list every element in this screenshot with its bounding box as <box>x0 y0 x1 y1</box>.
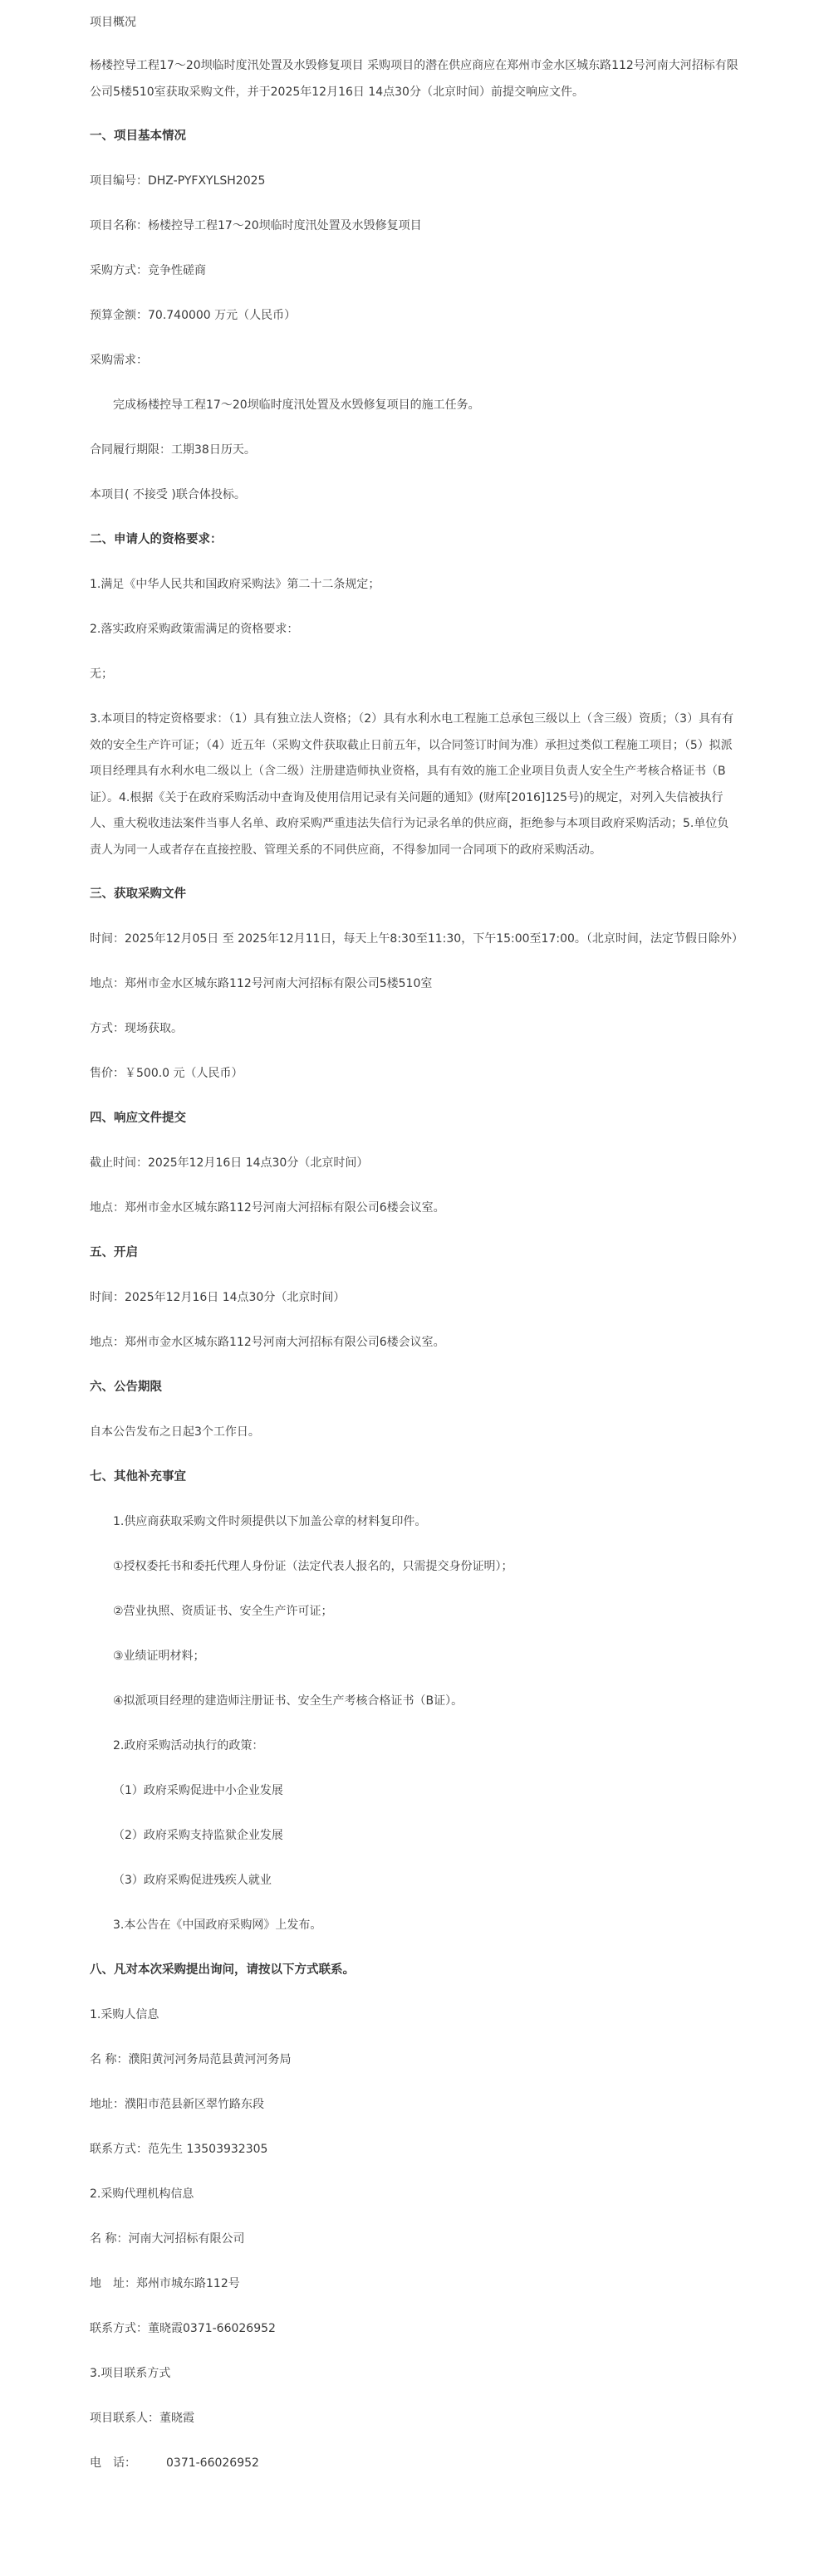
section-5-heading: 五、开启 <box>90 1240 739 1265</box>
opening-location: 地点：郑州市金水区城东路112号河南大河招标有限公司6楼会议室。 <box>90 1330 739 1355</box>
phone-label: 电 话： <box>90 2456 136 2470</box>
section-8-heading: 八、凡对本次采购提出询问，请按以下方式联系。 <box>90 1958 739 1982</box>
project-contact-person: 项目联系人：董晓霞 <box>90 2406 739 2431</box>
procurement-announcement: 项目概况 杨楼控导工程17～20坝临时度汛处置及水毁修复项目 采购项目的潜在供应… <box>0 0 819 2476</box>
purchaser-contact: 联系方式：范先生 13503932305 <box>90 2137 739 2162</box>
acquisition-method: 方式：现场获取。 <box>90 1016 739 1041</box>
qualification-item-1: 1.满足《中华人民共和国政府采购法》第二十二条规定； <box>90 572 739 597</box>
supplementary-item-1-sub-2: ②营业执照、资质证书、安全生产许可证； <box>90 1599 739 1624</box>
section-1-heading: 一、项目基本情况 <box>90 124 739 149</box>
acquisition-location: 地点：郑州市金水区城东路112号河南大河招标有限公司5楼510室 <box>90 971 739 996</box>
supplementary-item-1-sub-3: ③业绩证明材料； <box>90 1644 739 1669</box>
section-7-heading: 七、其他补充事宜 <box>90 1464 739 1489</box>
procurement-method: 采购方式：竞争性磋商 <box>90 258 739 283</box>
supplementary-item-3: 3.本公告在《中国政府采购网》上发布。 <box>90 1913 739 1938</box>
acquisition-time: 时间：2025年12月05日 至 2025年12月11日，每天上午8:30至11… <box>90 926 739 953</box>
agency-address: 地 址：郑州市城东路112号 <box>90 2271 739 2296</box>
announcement-period: 自本公告发布之日起3个工作日。 <box>90 1420 739 1444</box>
purchaser-address: 地址：濮阳市范县新区翠竹路东段 <box>90 2092 739 2117</box>
qualification-item-2: 2.落实政府采购政策需满足的资格要求： <box>90 617 739 642</box>
section-4-heading: 四、响应文件提交 <box>90 1106 739 1131</box>
project-name: 项目名称：杨楼控导工程17～20坝临时度汛处置及水毁修复项目 <box>90 213 739 238</box>
project-contact-phone: 电 话：0371-66026952 <box>90 2451 739 2476</box>
opening-time: 时间：2025年12月16日 14点30分（北京时间） <box>90 1285 739 1310</box>
supplementary-item-1: 1.供应商获取采购文件时须提供以下加盖公章的材料复印件。 <box>90 1509 739 1534</box>
agency-name: 名 称：河南大河招标有限公司 <box>90 2227 739 2251</box>
supplementary-item-2: 2.政府采购活动执行的政策： <box>90 1733 739 1758</box>
supplementary-item-1-sub-1: ①授权委托书和委托代理人身份证（法定代表人报名的，只需提交身份证明）； <box>90 1554 739 1579</box>
document-price: 售价：￥500.0 元（人民币） <box>90 1061 739 1086</box>
phone-value: 0371-66026952 <box>166 2456 259 2470</box>
agency-info-label: 2.采购代理机构信息 <box>90 2182 739 2207</box>
qualification-item-3: 3.本项目的特定资格要求：（1）具有独立法人资格；（2）具有水利水电工程施工总承… <box>90 706 739 863</box>
qualification-item-2-value: 无； <box>90 662 739 687</box>
purchaser-info-label: 1.采购人信息 <box>90 2002 739 2027</box>
requirement-label: 采购需求： <box>90 348 739 373</box>
consortium-policy: 本项目( 不接受 )联合体投标。 <box>90 482 739 507</box>
section-6-heading: 六、公告期限 <box>90 1375 739 1400</box>
agency-contact: 联系方式：董晓霞0371-66026952 <box>90 2316 739 2341</box>
project-number: 项目编号：DHZ-PYFXYLSH2025 <box>90 169 739 193</box>
purchaser-name: 名 称：濮阳黄河河务局范县黄河河务局 <box>90 2047 739 2072</box>
submission-location: 地点：郑州市金水区城东路112号河南大河招标有限公司6楼会议室。 <box>90 1195 739 1220</box>
section-2-heading: 二、申请人的资格要求： <box>90 527 739 552</box>
policy-item-3: （3）政府采购促进残疾人就业 <box>90 1868 739 1893</box>
budget-amount: 预算金额：70.740000 万元（人民币） <box>90 303 739 328</box>
submission-deadline: 截止时间：2025年12月16日 14点30分（北京时间） <box>90 1151 739 1176</box>
supplementary-item-1-sub-4: ④拟派项目经理的建造师注册证书、安全生产考核合格证书（B证）。 <box>90 1689 739 1713</box>
overview-title: 项目概况 <box>90 10 739 35</box>
policy-item-2: （2）政府采购支持监狱企业发展 <box>90 1823 739 1848</box>
policy-item-1: （1）政府采购促进中小企业发展 <box>90 1778 739 1803</box>
requirement-text: 完成杨楼控导工程17～20坝临时度汛处置及水毁修复项目的施工任务。 <box>90 393 739 418</box>
project-contact-label: 3.项目联系方式 <box>90 2361 739 2386</box>
contract-period: 合同履行期限：工期38日历天。 <box>90 437 739 462</box>
section-3-heading: 三、获取采购文件 <box>90 882 739 907</box>
overview-text: 杨楼控导工程17～20坝临时度汛处置及水毁修复项目 采购项目的潜在供应商应在郑州… <box>90 53 739 105</box>
